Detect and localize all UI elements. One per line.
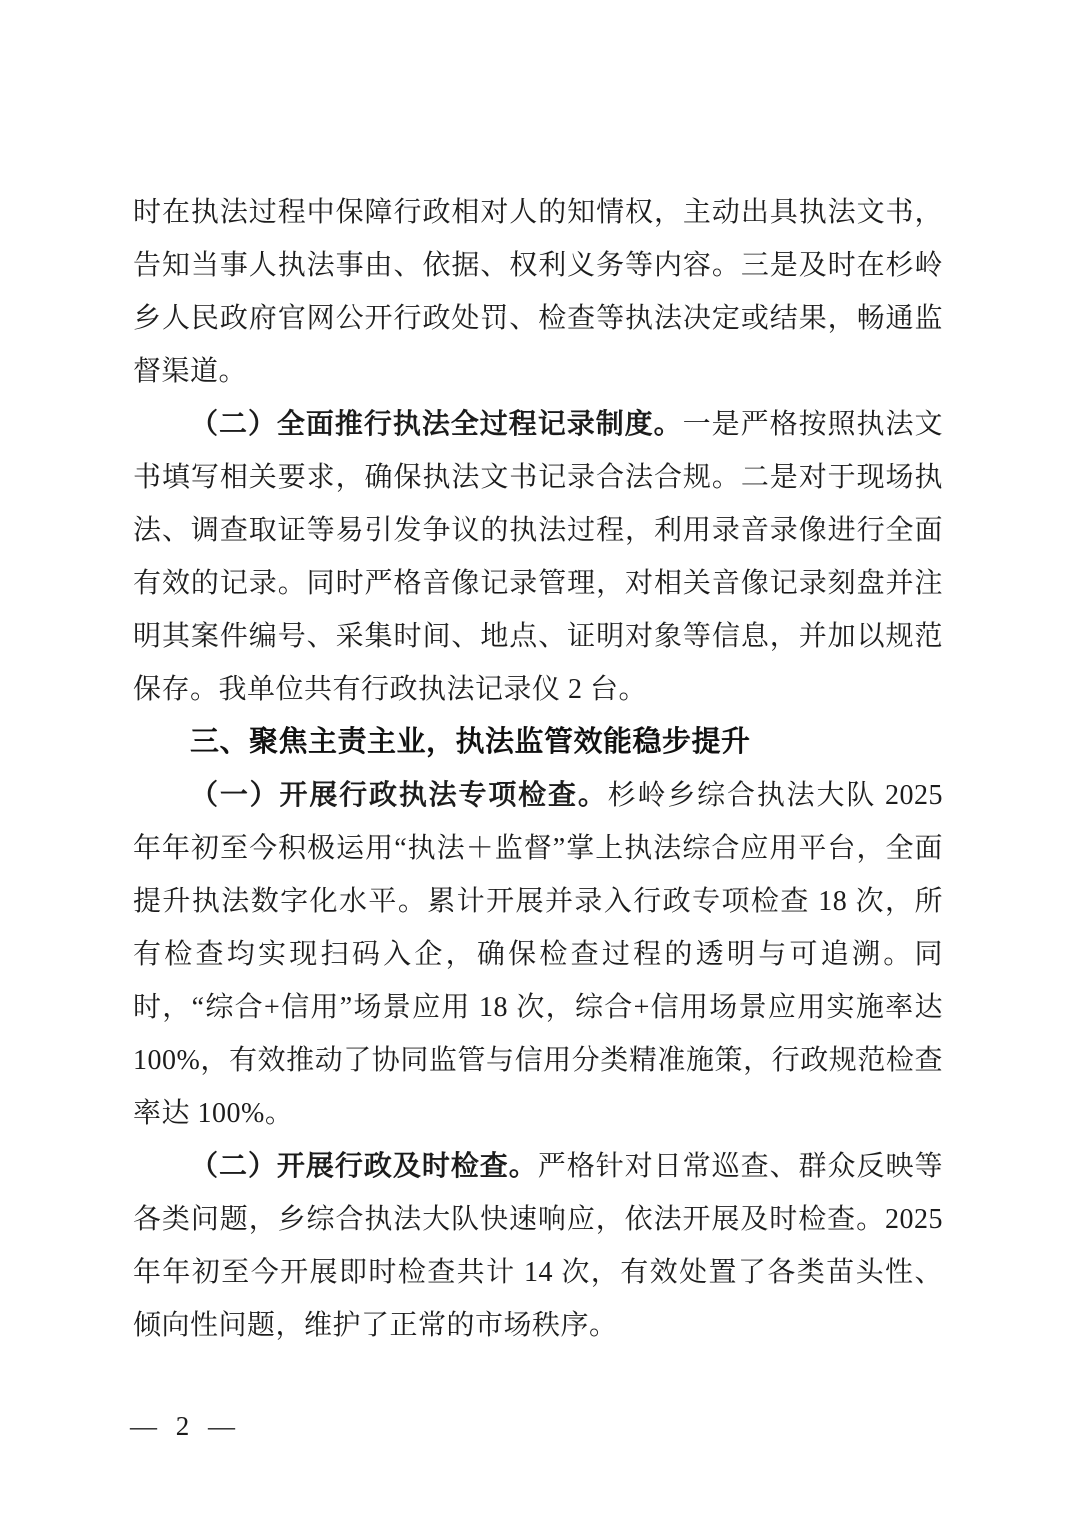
paragraph-record-system-lead: （二）全面推行执法全过程记录制度。 [190, 409, 683, 440]
document-page: 时在执法过程中保障行政相对人的知情权，主动出具执法文书，告知当事人执法事由、依据… [0, 0, 1074, 1520]
section-heading-three: 三、聚焦主责主业，执法监管效能稳步提升 [133, 716, 943, 769]
paragraph-special-inspection: （一）开展行政执法专项检查。杉岭乡综合执法大队 2025 年年初至今积极运用“执… [133, 769, 943, 1140]
paragraph-continuation-text: 时在执法过程中保障行政相对人的知情权，主动出具执法文书，告知当事人执法事由、依据… [133, 197, 943, 387]
page-number: — 2 — [130, 1400, 241, 1453]
paragraph-continuation: 时在执法过程中保障行政相对人的知情权，主动出具执法文书，告知当事人执法事由、依据… [133, 186, 943, 398]
paragraph-special-inspection-body: 杉岭乡综合执法大队 2025 年年初至今积极运用“执法＋监督”掌上执法综合应用平… [133, 780, 943, 1129]
document-body: 时在执法过程中保障行政相对人的知情权，主动出具执法文书，告知当事人执法事由、依据… [133, 186, 943, 1352]
paragraph-timely-inspection-lead: （二）开展行政及时检查。 [190, 1151, 538, 1182]
paragraph-special-inspection-lead: （一）开展行政执法专项检查。 [190, 780, 608, 811]
paragraph-record-system: （二）全面推行执法全过程记录制度。一是严格按照执法文书填写相关要求，确保执法文书… [133, 398, 943, 716]
paragraph-record-system-body: 一是严格按照执法文书填写相关要求，确保执法文书记录合法合规。二是对于现场执法、调… [133, 409, 943, 705]
paragraph-timely-inspection: （二）开展行政及时检查。严格针对日常巡查、群众反映等各类问题，乡综合执法大队快速… [133, 1140, 943, 1352]
